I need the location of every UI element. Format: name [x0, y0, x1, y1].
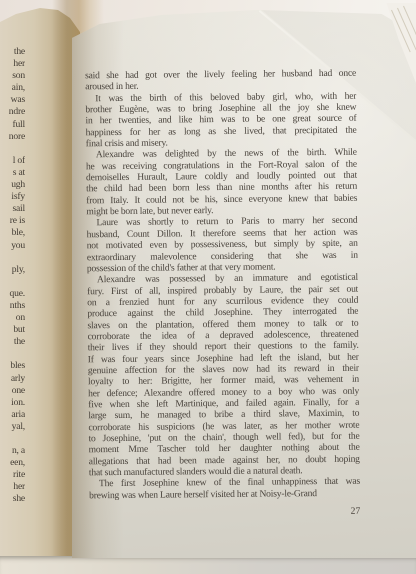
fragment-line: bles: [0, 360, 25, 372]
fragment-line: isfy: [0, 191, 25, 203]
fragment-line: the: [0, 46, 25, 58]
fragment-line: ain,: [0, 82, 25, 94]
fragment-line: ion.: [0, 397, 25, 409]
fragment-line: arly: [0, 373, 25, 385]
fragment-line: [0, 433, 25, 445]
fragment-line: on: [0, 312, 25, 324]
fragment-line: yal,: [0, 421, 25, 433]
fragment-line: aria: [0, 409, 25, 421]
fragment-line: n, a: [0, 445, 25, 457]
fragment-line: nore: [0, 131, 25, 143]
fragment-line: [0, 348, 25, 360]
fragment-line: een,: [0, 457, 25, 469]
fragment-line: l of: [0, 155, 25, 167]
fragment-line: ble,: [0, 227, 25, 239]
page-text-block: said she had got over the lively feeling…: [85, 68, 360, 520]
fragment-line: [0, 276, 25, 288]
fragment-line: re is: [0, 215, 25, 227]
fragment-line: her: [0, 58, 25, 70]
fragment-line: ply,: [0, 264, 25, 276]
fragment-line: sail: [0, 203, 25, 215]
fragment-line: s at: [0, 167, 25, 179]
fragment-line: one: [0, 385, 25, 397]
fragment-line: rite: [0, 469, 25, 481]
fragment-line: [0, 252, 25, 264]
fragment-line: you: [0, 240, 25, 252]
table-surface-shadow: [0, 556, 416, 574]
fragment-line: but: [0, 324, 25, 336]
fragment-line: nths: [0, 300, 25, 312]
book-photo: thehersonain,wasndrefullnorel ofs atughi…: [0, 0, 416, 574]
fragment-line: full: [0, 119, 25, 131]
fragment-line: ndre: [0, 106, 25, 118]
fragment-line: que.: [0, 288, 25, 300]
fragment-line: the: [0, 336, 25, 348]
text-line: brewing was when Laure herself visited h…: [89, 487, 360, 501]
fragment-line: son: [0, 70, 25, 82]
fragment-line: was: [0, 94, 25, 106]
fragment-line: [0, 143, 25, 155]
fragment-line: ugh: [0, 179, 25, 191]
fragment-line: she: [0, 493, 25, 505]
left-page-fragments: thehersonain,wasndrefullnorel ofs atughi…: [0, 46, 25, 506]
fragment-line: her: [0, 481, 25, 493]
